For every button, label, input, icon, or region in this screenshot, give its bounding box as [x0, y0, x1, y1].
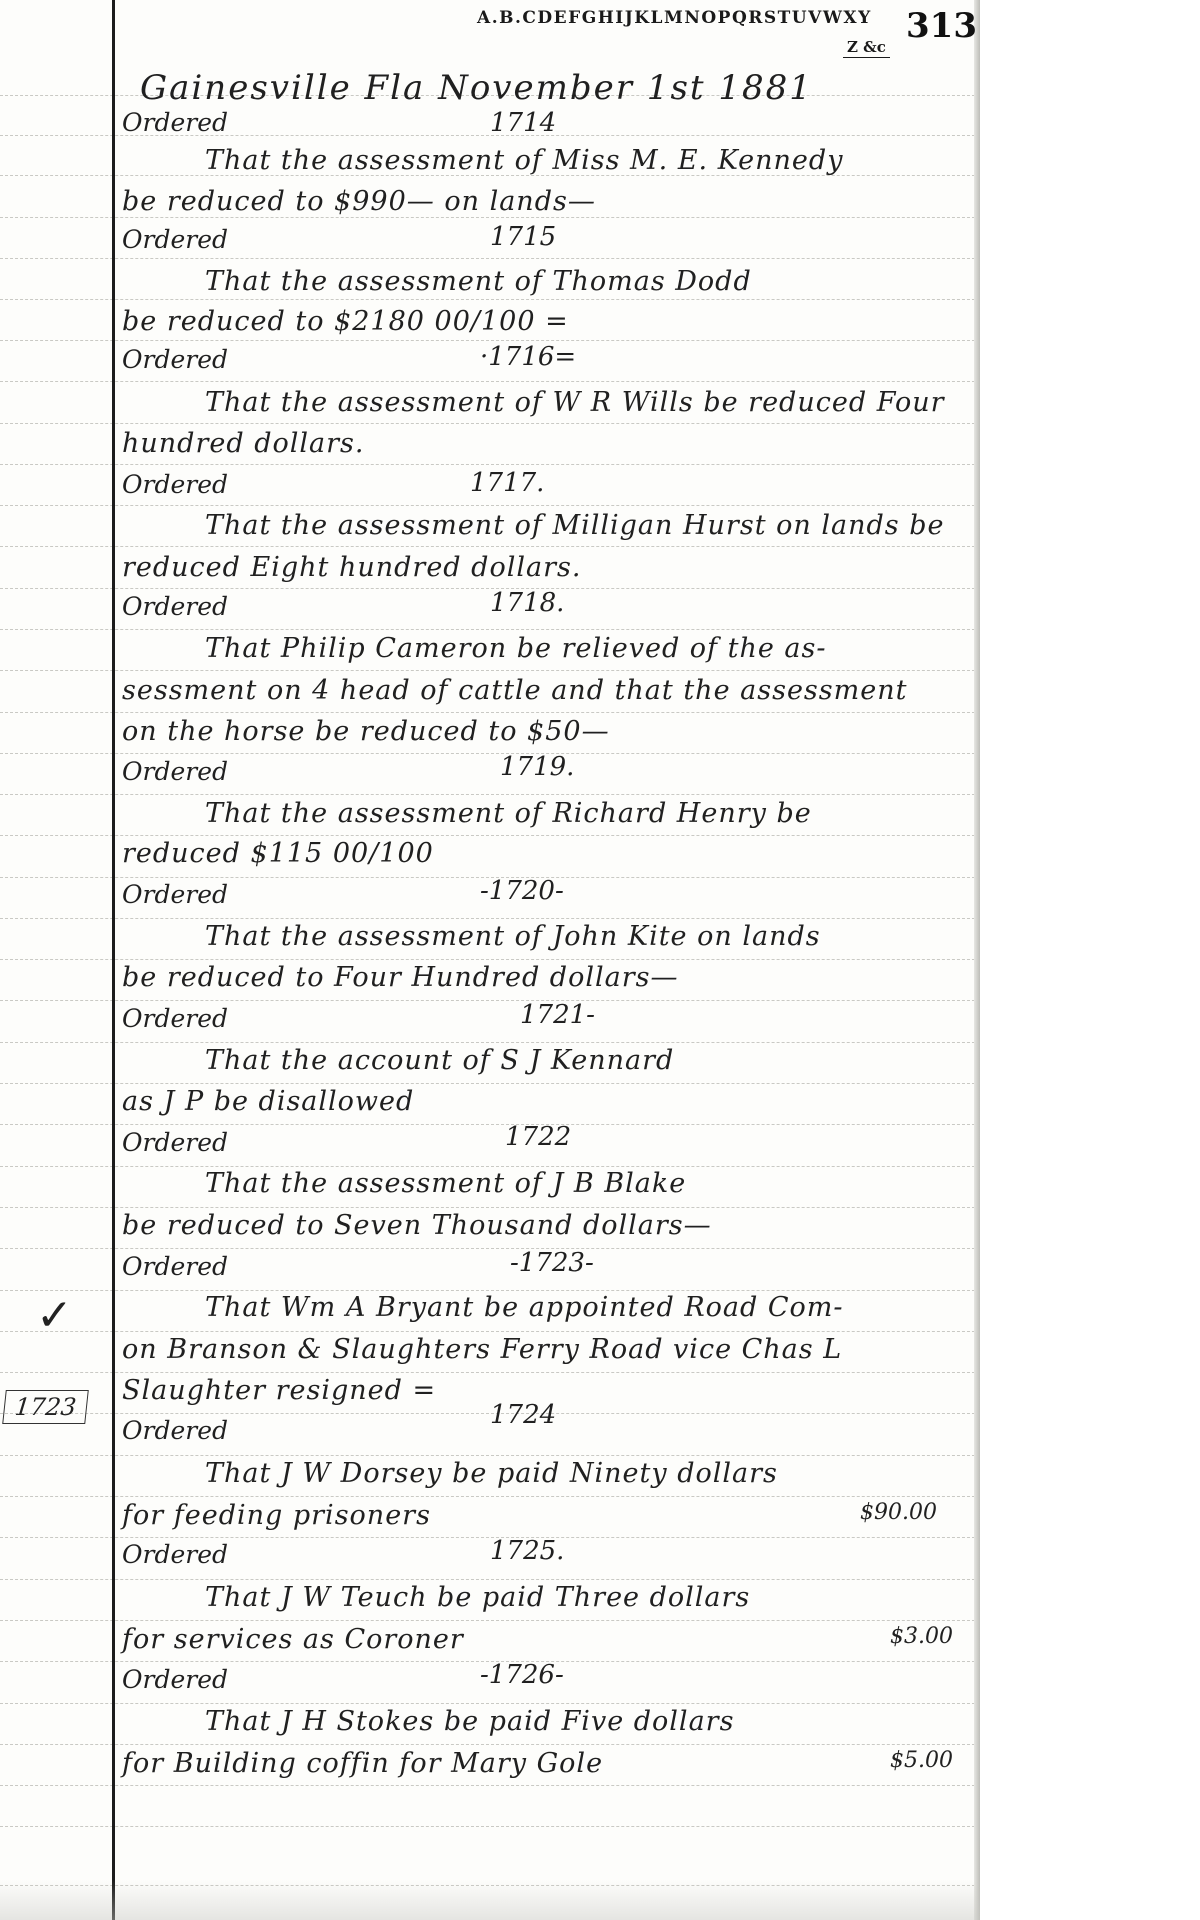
- entry-line: Slaughter resigned =: [122, 1375, 436, 1406]
- ruled-line: [0, 753, 980, 754]
- entry-line: be reduced to Seven Thousand dollars—: [122, 1210, 712, 1241]
- entry-line: reduced Eight hundred dollars.: [122, 552, 581, 583]
- ordered-label: Ordered: [122, 225, 228, 254]
- entry-number: -1720-: [480, 876, 564, 906]
- ruled-line: [0, 505, 980, 506]
- ruled-line: [0, 546, 980, 547]
- ordered-label: Ordered: [122, 1004, 228, 1033]
- ruled-line: [0, 1703, 980, 1704]
- ruled-line: [0, 1579, 980, 1580]
- ruled-line: [0, 1124, 980, 1125]
- entry-number: -1723-: [510, 1248, 594, 1278]
- ruled-line: [0, 1744, 980, 1745]
- ordered-label: Ordered: [122, 1416, 228, 1445]
- entry-line: That the assessment of J B Blake: [205, 1168, 686, 1199]
- ruled-line: [0, 1372, 980, 1373]
- entry-number: 1715: [490, 222, 556, 252]
- entry-number: ·1716=: [480, 342, 576, 372]
- entry-line: That the assessment of W R Wills be redu…: [205, 387, 945, 418]
- ledger-page: A.B.CDEFGHIJKLMNOPQRSTUVWXY Z &c 313 Gai…: [0, 0, 980, 1920]
- entry-line: That J W Dorsey be paid Ninety dollars: [205, 1458, 778, 1489]
- ruled-line: [0, 464, 980, 465]
- entry-amount: $5.00: [890, 1748, 953, 1773]
- ordered-label: Ordered: [122, 1540, 228, 1569]
- entry-number: 1725.: [490, 1536, 564, 1566]
- ordered-label: Ordered: [122, 757, 228, 786]
- entry-number: 1719.: [500, 752, 574, 782]
- entry-line: on the horse be reduced to $50—: [122, 716, 610, 747]
- entry-line: for Building coffin for Mary Gole: [122, 1748, 603, 1779]
- ruled-line: [0, 423, 980, 424]
- ruled-line: [0, 381, 980, 382]
- ruled-line: [0, 340, 980, 341]
- ordered-label: Ordered: [122, 1665, 228, 1694]
- ordered-label: Ordered: [122, 345, 228, 374]
- page-number: 313: [906, 6, 977, 46]
- ruled-line: [0, 670, 980, 671]
- ruled-line: [0, 258, 980, 259]
- entry-line: be reduced to $2180 00/100 =: [122, 306, 569, 337]
- alphabet-index-sub: Z &c: [843, 38, 890, 58]
- entry-line: be reduced to $990— on lands—: [122, 186, 596, 217]
- entry-number: -1726-: [480, 1660, 564, 1690]
- ruled-line: [0, 1000, 980, 1001]
- ruled-line: [0, 629, 980, 630]
- ruled-line: [0, 1455, 980, 1456]
- ruled-line: [0, 1620, 980, 1621]
- entry-line: as J P be disallowed: [122, 1086, 414, 1117]
- ruled-line: [0, 794, 980, 795]
- ruled-line: [0, 835, 980, 836]
- entry-line: That Wm A Bryant be appointed Road Com-: [205, 1292, 844, 1323]
- entry-number: 1718.: [490, 588, 564, 618]
- alphabet-index: A.B.CDEFGHIJKLMNOPQRSTUVWXY: [477, 8, 872, 28]
- ruled-line: [0, 217, 980, 218]
- ruled-line: [0, 1166, 980, 1167]
- ordered-label: Ordered: [122, 1252, 228, 1281]
- entry-line: That Philip Cameron be relieved of the a…: [205, 633, 827, 664]
- ruled-line: [0, 959, 980, 960]
- ruled-line: [0, 1826, 980, 1827]
- ruled-line: [0, 1207, 980, 1208]
- entry-line: reduced $115 00/100: [122, 838, 434, 869]
- entry-number: 1722: [505, 1122, 571, 1152]
- ruled-line: [0, 1248, 980, 1249]
- entry-line: That the assessment of Milligan Hurst on…: [205, 510, 944, 541]
- entry-line: hundred dollars.: [122, 428, 364, 459]
- ruled-line: [0, 1042, 980, 1043]
- entry-amount: $90.00: [860, 1500, 937, 1525]
- ruled-line: [0, 1496, 980, 1497]
- ordered-label: Ordered: [122, 1128, 228, 1157]
- check-mark-icon: ✓: [36, 1290, 73, 1341]
- entry-line: sessment on 4 head of cattle and that th…: [122, 675, 907, 706]
- ruled-line: [0, 918, 980, 919]
- margin-rule: [112, 0, 115, 1920]
- entry-line: on Branson & Slaughters Ferry Road vice …: [122, 1334, 842, 1365]
- entry-line: for feeding prisoners: [122, 1500, 431, 1531]
- entry-line: That the assessment of John Kite on land…: [205, 921, 821, 952]
- page-edge: [974, 0, 980, 1920]
- entry-number: 1721-: [520, 1000, 595, 1030]
- ruled-line: [0, 1083, 980, 1084]
- ordered-label: Ordered: [122, 108, 228, 137]
- entry-line: be reduced to Four Hundred dollars—: [122, 962, 678, 993]
- entry-line: That the assessment of Thomas Dodd: [205, 266, 752, 297]
- ruled-line: [0, 1785, 980, 1786]
- entry-amount: $3.00: [890, 1624, 953, 1649]
- entry-line: for services as Coroner: [122, 1624, 464, 1655]
- entry-line: That the assessment of Richard Henry be: [205, 798, 812, 829]
- page-heading: Gainesville Fla November 1st 1881: [140, 68, 813, 108]
- entry-line: That J W Teuch be paid Three dollars: [205, 1582, 750, 1613]
- entry-number: 1714: [490, 108, 556, 138]
- ordered-label: Ordered: [122, 470, 228, 499]
- ruled-line: [0, 712, 980, 713]
- ordered-label: Ordered: [122, 880, 228, 909]
- margin-reference: 1723: [2, 1390, 89, 1424]
- ordered-label: Ordered: [122, 592, 228, 621]
- entry-number: 1724: [490, 1400, 556, 1430]
- entry-number: 1717.: [470, 468, 544, 498]
- entry-line: That the assessment of Miss M. E. Kenned…: [205, 145, 843, 176]
- ruled-line: [0, 1290, 980, 1291]
- entry-line: That J H Stokes be paid Five dollars: [205, 1706, 734, 1737]
- page-bottom-smudge: [0, 1880, 980, 1920]
- ruled-line: [0, 299, 980, 300]
- entry-line: That the account of S J Kennard: [205, 1045, 674, 1076]
- ruled-line: [0, 1331, 980, 1332]
